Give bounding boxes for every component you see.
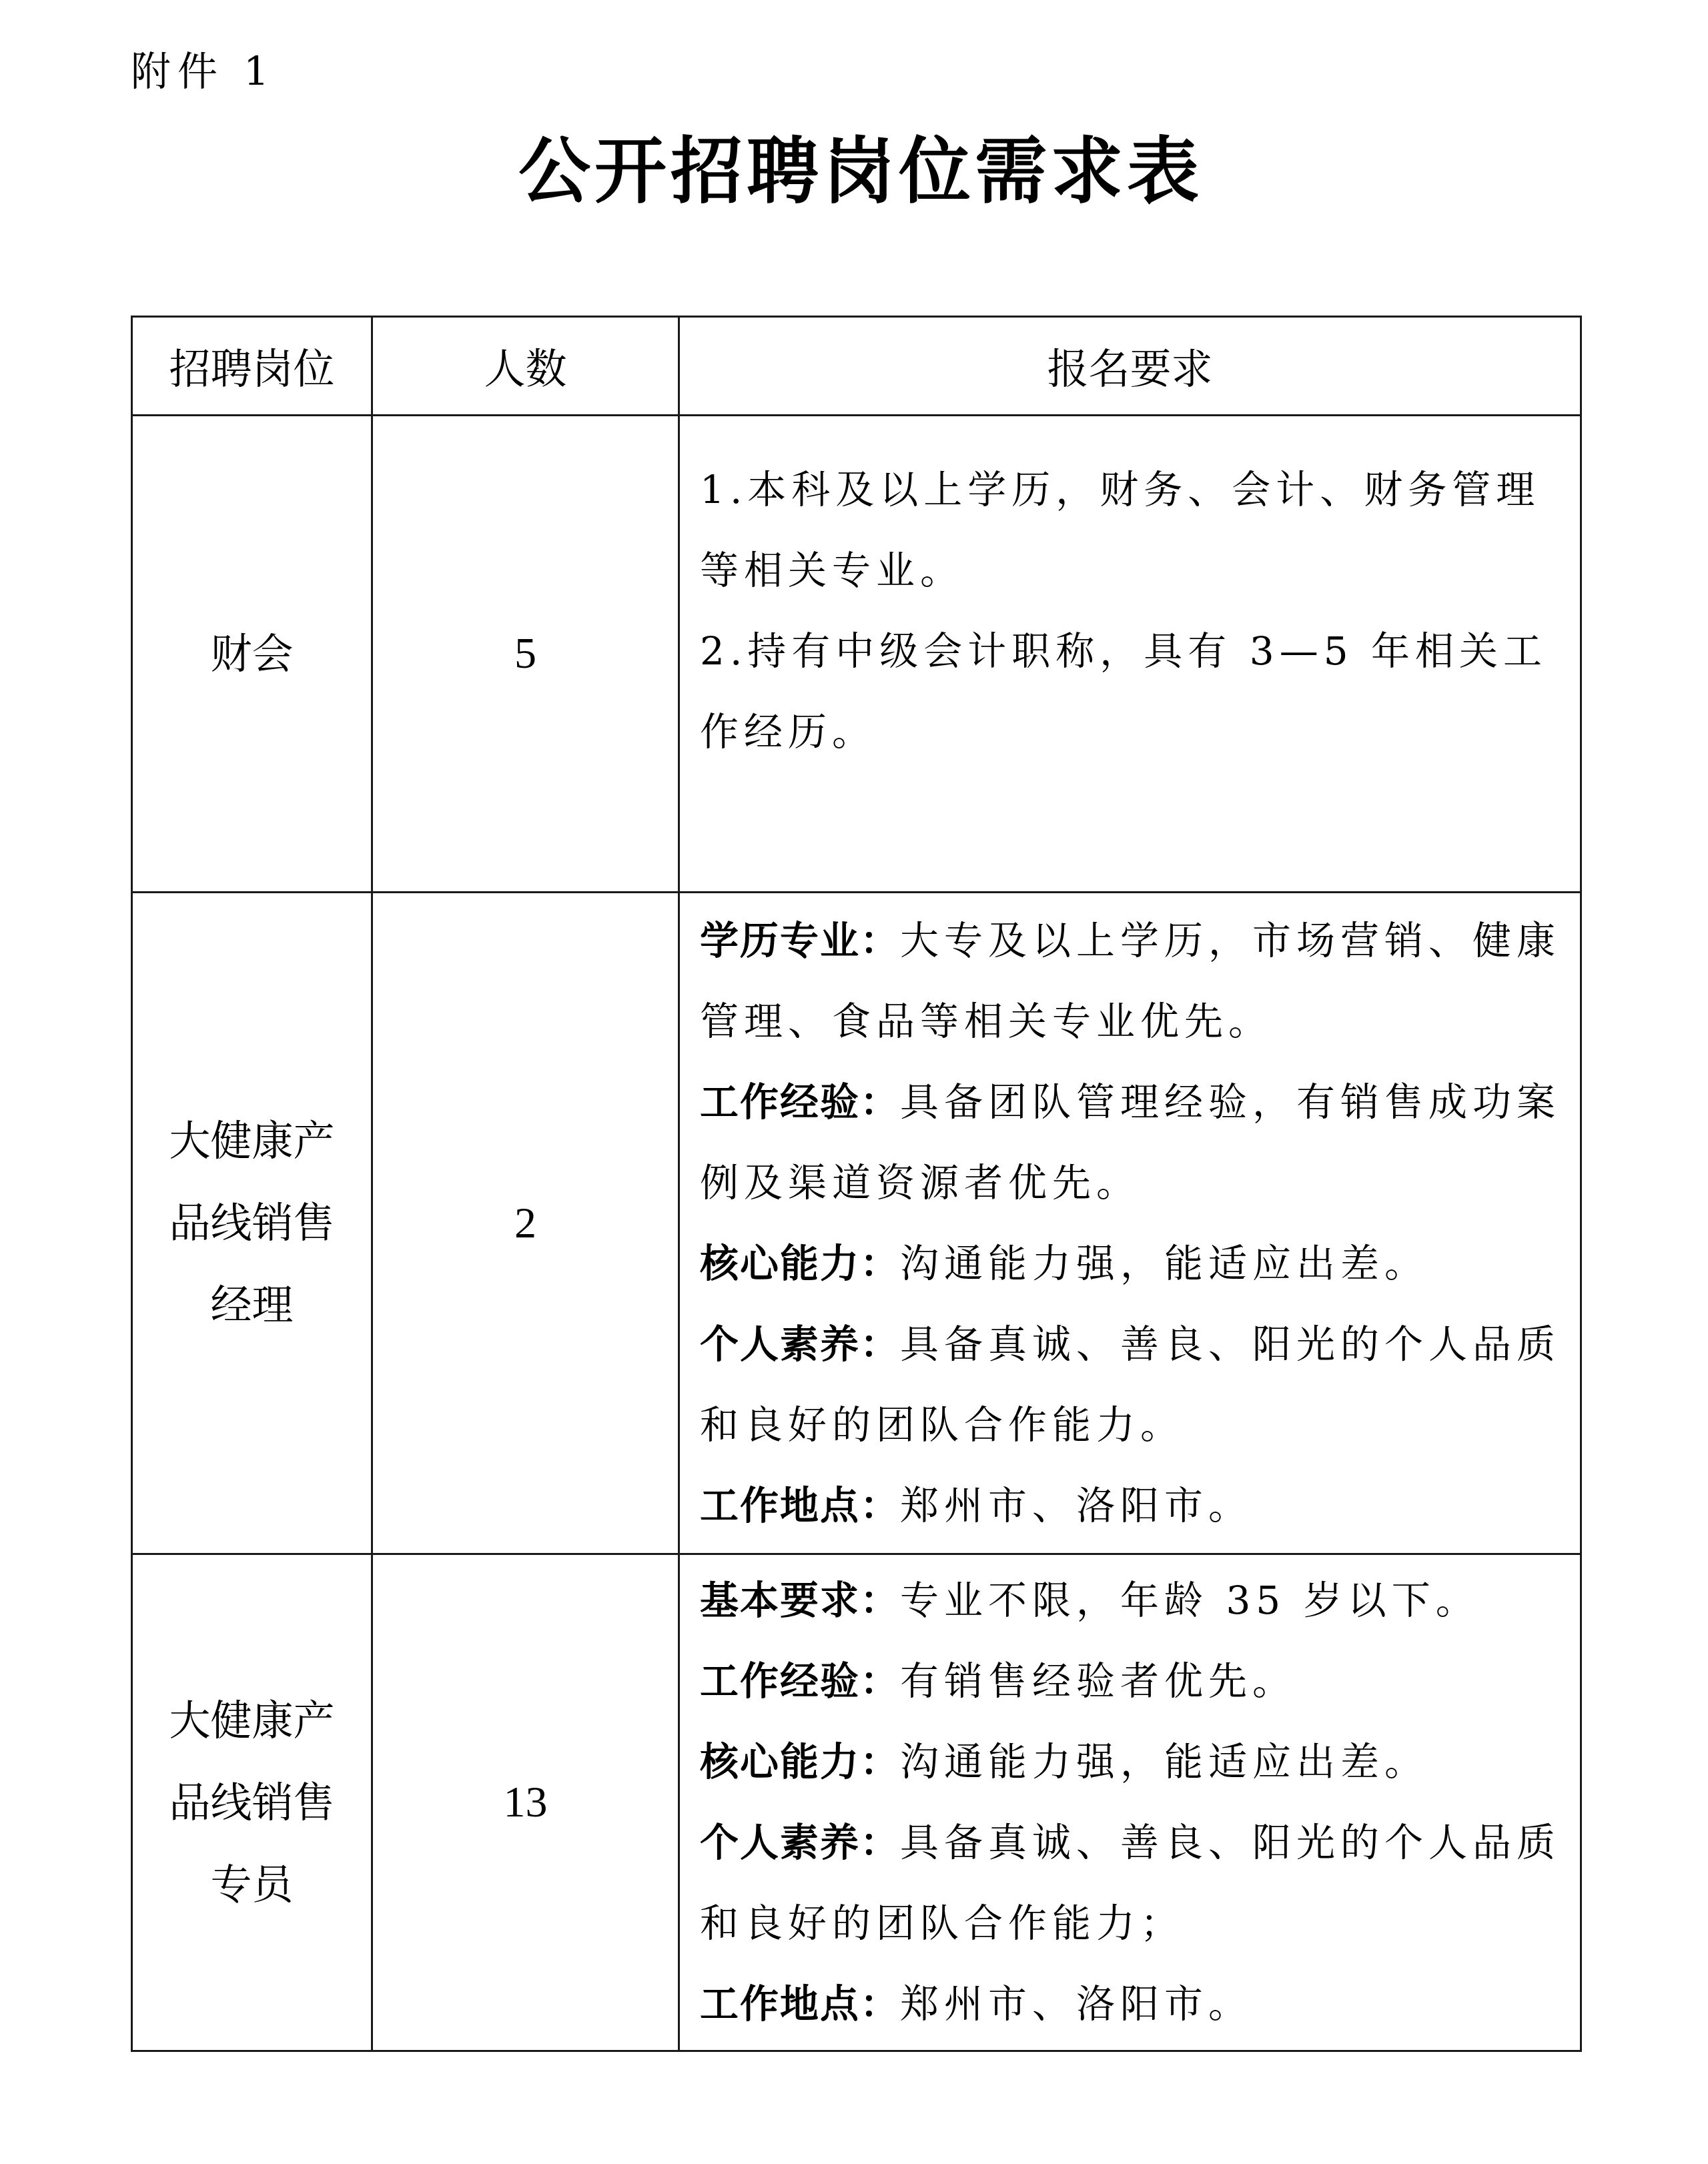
- requirement-item: 学历专业：大专及以上学历，市场营销、健康管理、食品等相关专业优先。: [700, 901, 1564, 1062]
- table-header-row: 招聘岗位 人数 报名要求: [132, 317, 1581, 416]
- requirement-text: 1.本科及以上学历，财务、会计、财务管理等相关专业。: [700, 467, 1540, 593]
- job-requirements-table: 招聘岗位 人数 报名要求 财会 5 1.本科及以上学历，财务、会计、财务管理等相…: [131, 316, 1582, 2052]
- requirement-item: 工作经验：有销售经验者优先。: [700, 1641, 1564, 1722]
- requirement-item: 2.持有中级会计职称，具有 3—5 年相关工作经历。: [700, 611, 1564, 772]
- headcount-cell: 2: [372, 893, 679, 1554]
- headcount-cell: 5: [372, 416, 679, 893]
- table-row: 大健康产品线销售经理 2 学历专业：大专及以上学历，市场营销、健康管理、食品等相…: [132, 893, 1581, 1554]
- requirement-label: 工作地点：: [700, 1483, 900, 1528]
- requirement-text: 2.持有中级会计职称，具有 3—5 年相关工作经历。: [700, 628, 1547, 754]
- requirement-item: 核心能力：沟通能力强，能适应出差。: [700, 1223, 1564, 1304]
- attachment-label: 附件 1: [131, 52, 276, 92]
- table-row: 大健康产品线销售专员 13 基本要求：专业不限，年龄 35 岁以下。 工作经验：…: [132, 1554, 1581, 2051]
- requirements-cell: 1.本科及以上学历，财务、会计、财务管理等相关专业。 2.持有中级会计职称，具有…: [679, 416, 1581, 893]
- position-name: 财会: [162, 613, 342, 695]
- requirement-label: 核心能力：: [700, 1739, 900, 1784]
- requirement-item: 工作地点：郑州市、洛阳市。: [700, 1466, 1564, 1546]
- requirement-label: 工作经验：: [700, 1658, 900, 1704]
- requirement-text: 专业不限，年龄 35 岁以下。: [900, 1578, 1480, 1623]
- document-title: 公开招聘岗位需求表: [0, 132, 1708, 211]
- requirements-cell: 基本要求：专业不限，年龄 35 岁以下。 工作经验：有销售经验者优先。 核心能力…: [679, 1554, 1581, 2051]
- position-cell: 财会: [132, 416, 372, 893]
- position-cell: 大健康产品线销售专员: [132, 1554, 372, 2051]
- requirement-text: 沟通能力强，能适应出差。: [900, 1241, 1428, 1286]
- header-count: 人数: [372, 317, 679, 416]
- requirement-label: 工作地点：: [700, 1981, 900, 2027]
- requirement-text: 郑州市、洛阳市。: [900, 1483, 1252, 1528]
- requirement-item: 核心能力：沟通能力强，能适应出差。: [700, 1722, 1564, 1802]
- requirement-label: 核心能力：: [700, 1241, 900, 1286]
- requirement-text: 沟通能力强，能适应出差。: [900, 1739, 1428, 1784]
- requirement-label: 个人素养：: [700, 1820, 900, 1865]
- requirement-item: 基本要求：专业不限，年龄 35 岁以下。: [700, 1560, 1564, 1641]
- requirement-text: 郑州市、洛阳市。: [900, 1981, 1252, 2027]
- position-name: 大健康产品线销售专员: [162, 1680, 342, 1926]
- requirement-item: 个人素养：具备真诚、善良、阳光的个人品质和良好的团队合作能力；: [700, 1802, 1564, 1964]
- requirement-item: 1.本科及以上学历，财务、会计、财务管理等相关专业。: [700, 450, 1564, 611]
- requirement-item: 工作地点：郑州市、洛阳市。: [700, 1964, 1564, 2045]
- headcount-cell: 13: [372, 1554, 679, 2051]
- requirements-cell: 学历专业：大专及以上学历，市场营销、健康管理、食品等相关专业优先。 工作经验：具…: [679, 893, 1581, 1554]
- header-requirements: 报名要求: [679, 317, 1581, 416]
- position-name: 大健康产品线销售经理: [162, 1100, 342, 1346]
- requirement-label: 工作经验：: [700, 1079, 900, 1125]
- requirement-item: 个人素养：具备真诚、善良、阳光的个人品质和良好的团队合作能力。: [700, 1304, 1564, 1466]
- requirement-item: 工作经验：具备团队管理经验，有销售成功案例及渠道资源者优先。: [700, 1062, 1564, 1223]
- position-cell: 大健康产品线销售经理: [132, 893, 372, 1554]
- header-position: 招聘岗位: [132, 317, 372, 416]
- requirement-text: 有销售经验者优先。: [900, 1658, 1296, 1704]
- requirement-label: 学历专业：: [700, 918, 900, 963]
- requirement-label: 基本要求：: [700, 1578, 900, 1623]
- requirement-label: 个人素养：: [700, 1321, 900, 1367]
- table-row: 财会 5 1.本科及以上学历，财务、会计、财务管理等相关专业。 2.持有中级会计…: [132, 416, 1581, 893]
